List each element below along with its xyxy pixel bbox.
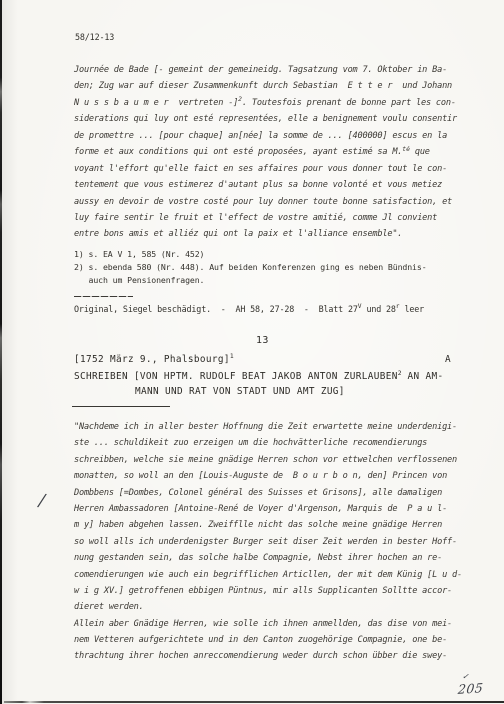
text-line: ste ... schuldikeit zuo erzeigen um die … <box>74 435 462 451</box>
scan-edge-bottom <box>4 701 504 703</box>
text-line: tentement que vous estimerez d'autant pl… <box>74 177 457 193</box>
text-line: monatten, so woll an den [Louis-Auguste … <box>74 468 462 484</box>
text-line: Dombbens [=Dombes, Colonel général des S… <box>74 485 462 501</box>
text-line: N u s s b a u m e r vertreten -]2. Toute… <box>74 95 457 111</box>
text-line: "Nachdeme ich in aller bester Hoffnung d… <box>74 419 462 435</box>
text-line: forme et aux conditions qui ont esté pro… <box>74 144 457 160</box>
document-12-quote-paragraph: Journée de Bade [- gemeint der gemeineid… <box>74 62 457 243</box>
text-line: schreibben, welche sie meine gnädige Her… <box>74 452 462 468</box>
document-13-title-line-2: MANN UND RAT VON STADT UND AMT ZUG] <box>135 386 345 397</box>
document-number: 13 <box>256 335 269 346</box>
text-line: w i g XV.] getroffenen ebbigen Püntnus, … <box>74 583 462 599</box>
text-line: den; Zug war auf dieser Zusammenkunft du… <box>74 78 457 94</box>
text-line: nung gestanden sein, das solche halbe Co… <box>74 550 462 566</box>
text-line: thrachtung ihrer hochen anreccomendierun… <box>74 648 462 664</box>
text-line: luy faire sentir le fruit et l'effect de… <box>74 210 457 226</box>
text-line: so woll alls ich underdenigster Burger s… <box>74 534 462 550</box>
text-line: 2) s. ebenda 580 (Nr. 448). Auf beiden K… <box>74 261 427 274</box>
document-13-title-line-1: SCHREIBEN [VON HPTM. RUDOLF BEAT JAKOB A… <box>74 371 443 382</box>
handwritten-page-number: 205 <box>457 680 484 697</box>
letter-mark: A <box>445 354 451 365</box>
text-line: m y] haben abgehen lassen. Zweifflle nic… <box>74 517 462 533</box>
scanned-document-page: 58/12-13 Journée de Bade [- gemeint der … <box>0 0 504 704</box>
text-line: Allein aber Gnädige Herren, wie solle ic… <box>74 616 462 632</box>
text-line: aussy en devoir de vostre costé pour luy… <box>74 194 457 210</box>
document-12-footnotes: 1) s. EA V 1, 585 (Nr. 452)2) s. ebenda … <box>74 248 427 287</box>
document-13-quote-paragraph: "Nachdeme ich in aller bester Hoffnung d… <box>74 419 462 665</box>
divider-dashed-rule <box>74 296 133 297</box>
text-line: comendierungen wie auch ein begriffliche… <box>74 567 462 583</box>
text-line: entre bons amis et alliéz qui ont la pai… <box>74 226 457 242</box>
text-line: siderations qui luy ont esté representée… <box>74 111 457 127</box>
text-line: voyant l'effort qu'elle faict en ses aff… <box>74 161 457 177</box>
handwritten-margin-slash: / <box>38 491 46 511</box>
text-line: dieret werden. <box>74 599 462 615</box>
text-line: 1) s. EA V 1, 585 (Nr. 452) <box>74 248 427 261</box>
text-line: auch um Pensionenfragen. <box>74 274 427 287</box>
divider-solid-rule <box>72 406 170 407</box>
text-line: Journée de Bade [- gemeint der gemeineid… <box>74 62 457 78</box>
text-line: Herren Ambassadoren [Antoine-René de Voy… <box>74 501 462 517</box>
text-line: nem Vetteren aufgerichtete und in den Ca… <box>74 632 462 648</box>
text-line: de promettre ... [pour chaque] an[née] l… <box>74 128 457 144</box>
handwritten-check-mark-icon: ✓ <box>462 672 469 681</box>
document-13-date-line: [1752 März 9., Phalsbourg]1 <box>74 354 234 365</box>
provenance-line: Original, Siegel beschädigt. - AH 58, 27… <box>74 304 424 314</box>
archive-reference: 58/12-13 <box>75 32 114 42</box>
scan-edge-left <box>0 0 2 704</box>
